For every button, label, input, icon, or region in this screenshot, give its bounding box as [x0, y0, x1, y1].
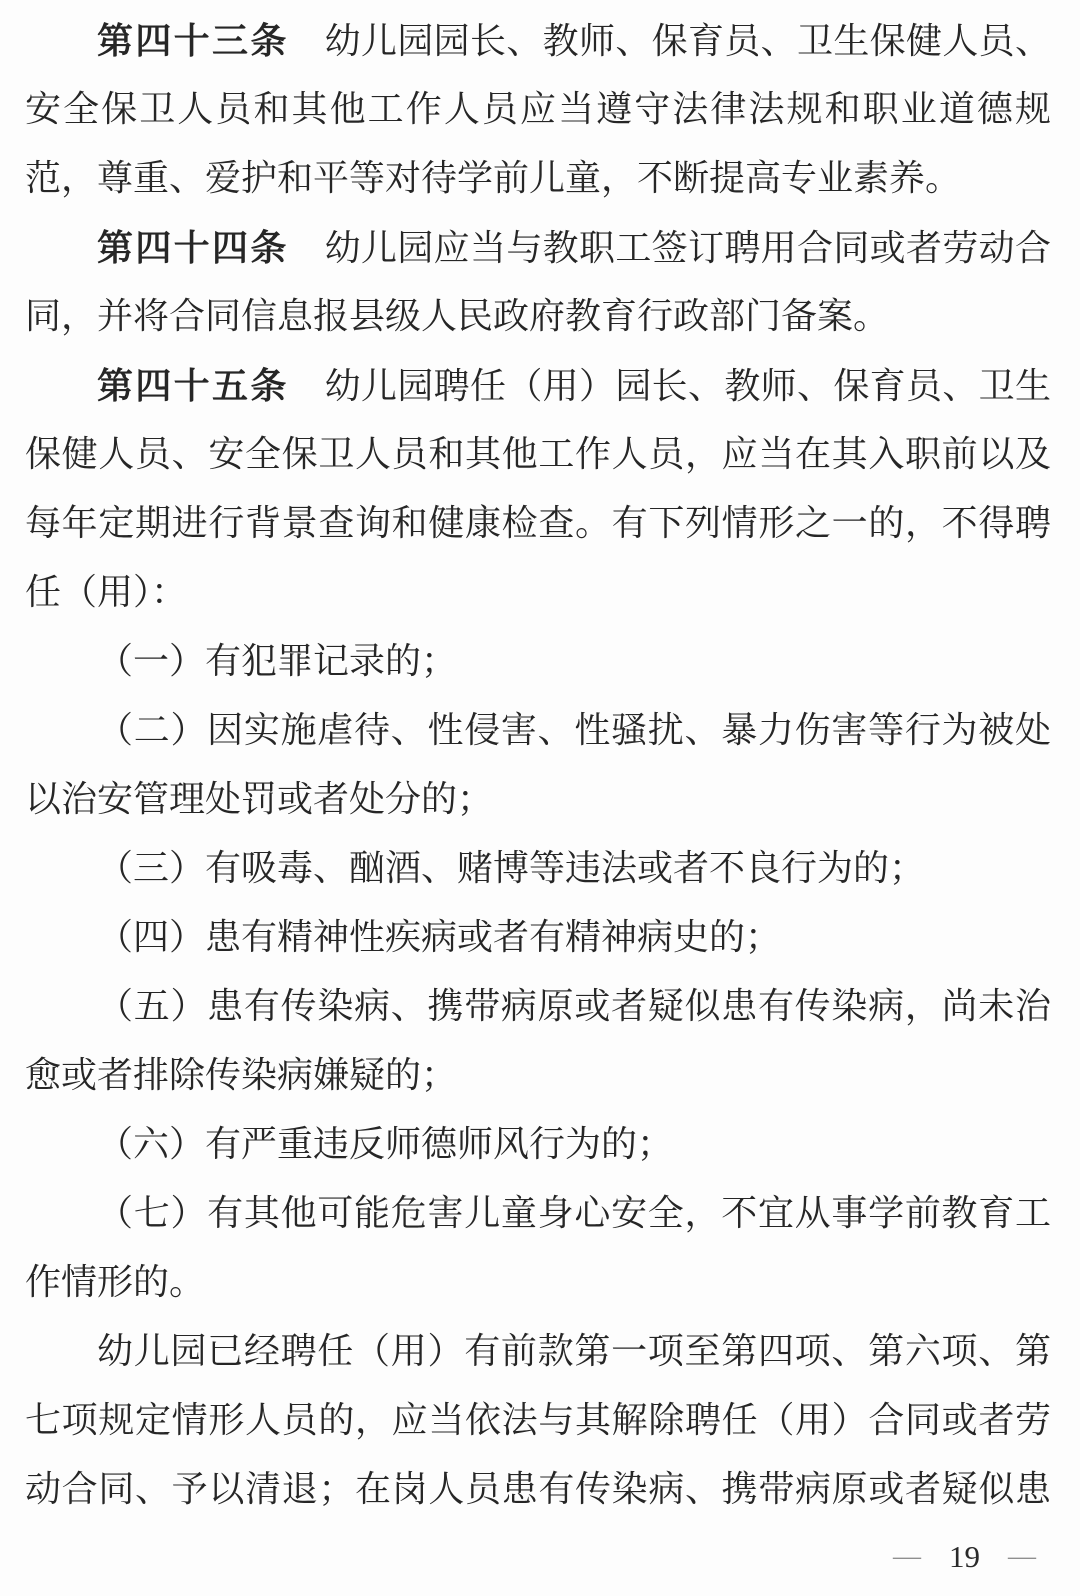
line-text: 以治安管理处罚或者处分的； [25, 779, 493, 819]
line-text: 任（用）： [25, 572, 187, 612]
line-text: 作情形的。 [25, 1262, 205, 1302]
text-line: 作情形的。 [25, 1248, 1051, 1317]
page-footer: — 19 — [893, 1541, 1036, 1572]
text-line: 同，并将合同信息报县级人民政府教育行政部门备案。 [25, 282, 1051, 351]
text-line: 安全保卫人员和其他工作人员应当遵守法律法规和职业道德规 [25, 75, 1051, 144]
footer-dash-left-icon: — [893, 1541, 921, 1572]
line-text: （二）因实施虐待、性侵害、性骚扰、暴力伤害等行为被处 [97, 710, 1051, 750]
line-text: 幼儿园已经聘任（用）有前款第一项至第四项、第六项、第 [97, 1331, 1051, 1371]
line-text: （五）患有传染病、携带病原或者疑似患有传染病，尚未治 [97, 986, 1051, 1026]
text-line: 每年定期进行背景查询和健康检查。有下列情形之一的，不得聘 [25, 489, 1051, 558]
line-text: 幼儿园应当与教职工签订聘用合同或者劳动合 [325, 228, 1051, 268]
text-line: 动合同、予以清退；在岗人员患有传染病、携带病原或者疑似患 [25, 1455, 1051, 1524]
article-number-label: 第四十四条 [97, 227, 289, 268]
line-text: 幼儿园园长、教师、保育员、卫生保健人员、 [325, 21, 1051, 61]
list-item-line: （六）有严重违反师德师风行为的； [25, 1110, 1051, 1179]
document-body: 第四十三条幼儿园园长、教师、保育员、卫生保健人员、 安全保卫人员和其他工作人员应… [0, 0, 1080, 1524]
document-page: 第四十三条幼儿园园长、教师、保育员、卫生保健人员、 安全保卫人员和其他工作人员应… [0, 0, 1080, 1596]
line-text: （七）有其他可能危害儿童身心安全，不宜从事学前教育工 [97, 1193, 1051, 1233]
text-line: 范，尊重、爱护和平等对待学前儿童，不断提高专业素养。 [25, 144, 1051, 213]
line-text: （六）有严重违反师德师风行为的； [97, 1124, 673, 1164]
article-number-label: 第四十五条 [97, 365, 289, 406]
text-line: 第四十三条幼儿园园长、教师、保育员、卫生保健人员、 [25, 6, 1051, 75]
page-number: 19 [949, 1541, 980, 1572]
text-line: 任（用）： [25, 558, 1051, 627]
text-line: 第四十五条幼儿园聘任（用）园长、教师、保育员、卫生 [25, 351, 1051, 420]
line-text: 保健人员、安全保卫人员和其他工作人员，应当在其入职前以及 [25, 434, 1051, 474]
list-item-line: （七）有其他可能危害儿童身心安全，不宜从事学前教育工 [25, 1179, 1051, 1248]
text-line: 幼儿园已经聘任（用）有前款第一项至第四项、第六项、第 [25, 1317, 1051, 1386]
list-item-line: （二）因实施虐待、性侵害、性骚扰、暴力伤害等行为被处 [25, 696, 1051, 765]
list-item-line: （四）患有精神性疾病或者有精神病史的； [25, 903, 1051, 972]
line-text: 愈或者排除传染病嫌疑的； [25, 1055, 457, 1095]
line-text: 安全保卫人员和其他工作人员应当遵守法律法规和职业道德规 [25, 89, 1051, 129]
article-number-label: 第四十三条 [97, 20, 289, 61]
line-text: 每年定期进行背景查询和健康检查。有下列情形之一的，不得聘 [25, 503, 1051, 543]
list-item-line: （一）有犯罪记录的； [25, 627, 1051, 696]
line-text: 幼儿园聘任（用）园长、教师、保育员、卫生 [325, 366, 1051, 406]
text-line: 以治安管理处罚或者处分的； [25, 765, 1051, 834]
list-item-line: （三）有吸毒、酗酒、赌博等违法或者不良行为的； [25, 834, 1051, 903]
text-line: 保健人员、安全保卫人员和其他工作人员，应当在其入职前以及 [25, 420, 1051, 489]
line-text: 七项规定情形人员的，应当依法与其解除聘任（用）合同或者劳 [25, 1400, 1051, 1440]
list-item-line: （五）患有传染病、携带病原或者疑似患有传染病，尚未治 [25, 972, 1051, 1041]
line-text: （四）患有精神性疾病或者有精神病史的； [97, 917, 781, 957]
line-text: 范，尊重、爱护和平等对待学前儿童，不断提高专业素养。 [25, 158, 961, 198]
line-text: （三）有吸毒、酗酒、赌博等违法或者不良行为的； [97, 848, 925, 888]
text-line: 愈或者排除传染病嫌疑的； [25, 1041, 1051, 1110]
line-text: （一）有犯罪记录的； [97, 641, 457, 681]
text-line: 七项规定情形人员的，应当依法与其解除聘任（用）合同或者劳 [25, 1386, 1051, 1455]
line-text: 同，并将合同信息报县级人民政府教育行政部门备案。 [25, 296, 889, 336]
footer-dash-right-icon: — [1008, 1541, 1036, 1572]
text-line: 第四十四条幼儿园应当与教职工签订聘用合同或者劳动合 [25, 213, 1051, 282]
line-text: 动合同、予以清退；在岗人员患有传染病、携带病原或者疑似患 [25, 1469, 1051, 1509]
